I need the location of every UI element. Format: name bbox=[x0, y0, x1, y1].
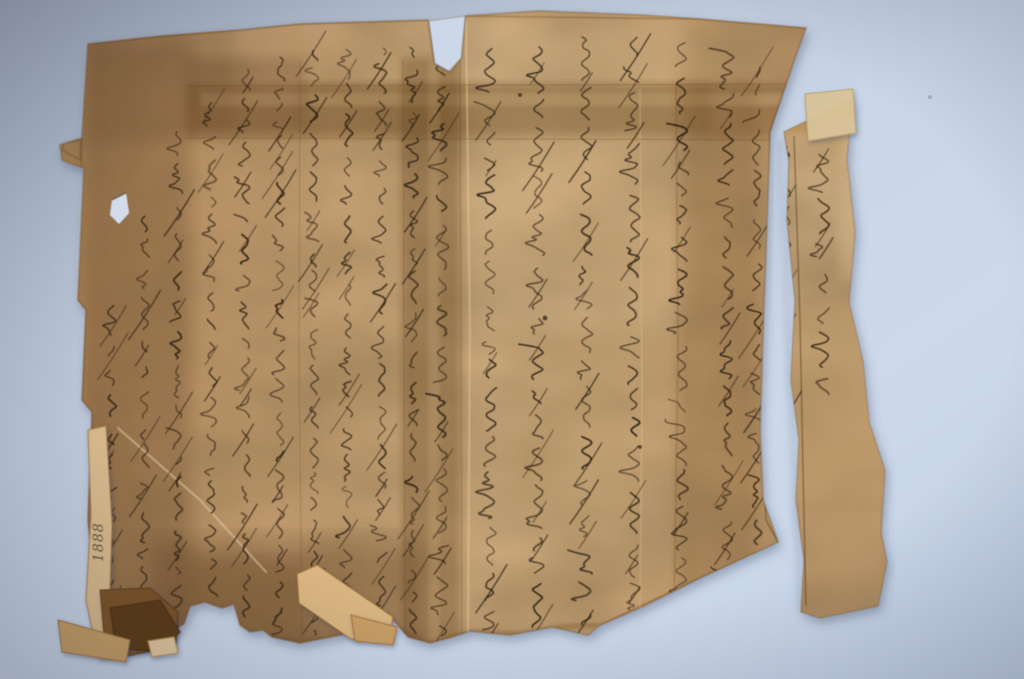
vignette-overlay bbox=[0, 0, 1024, 679]
letter-photo-canvas: 1888 bbox=[0, 0, 1024, 679]
photo-of-handwritten-letter: 1888 bbox=[0, 0, 1024, 679]
